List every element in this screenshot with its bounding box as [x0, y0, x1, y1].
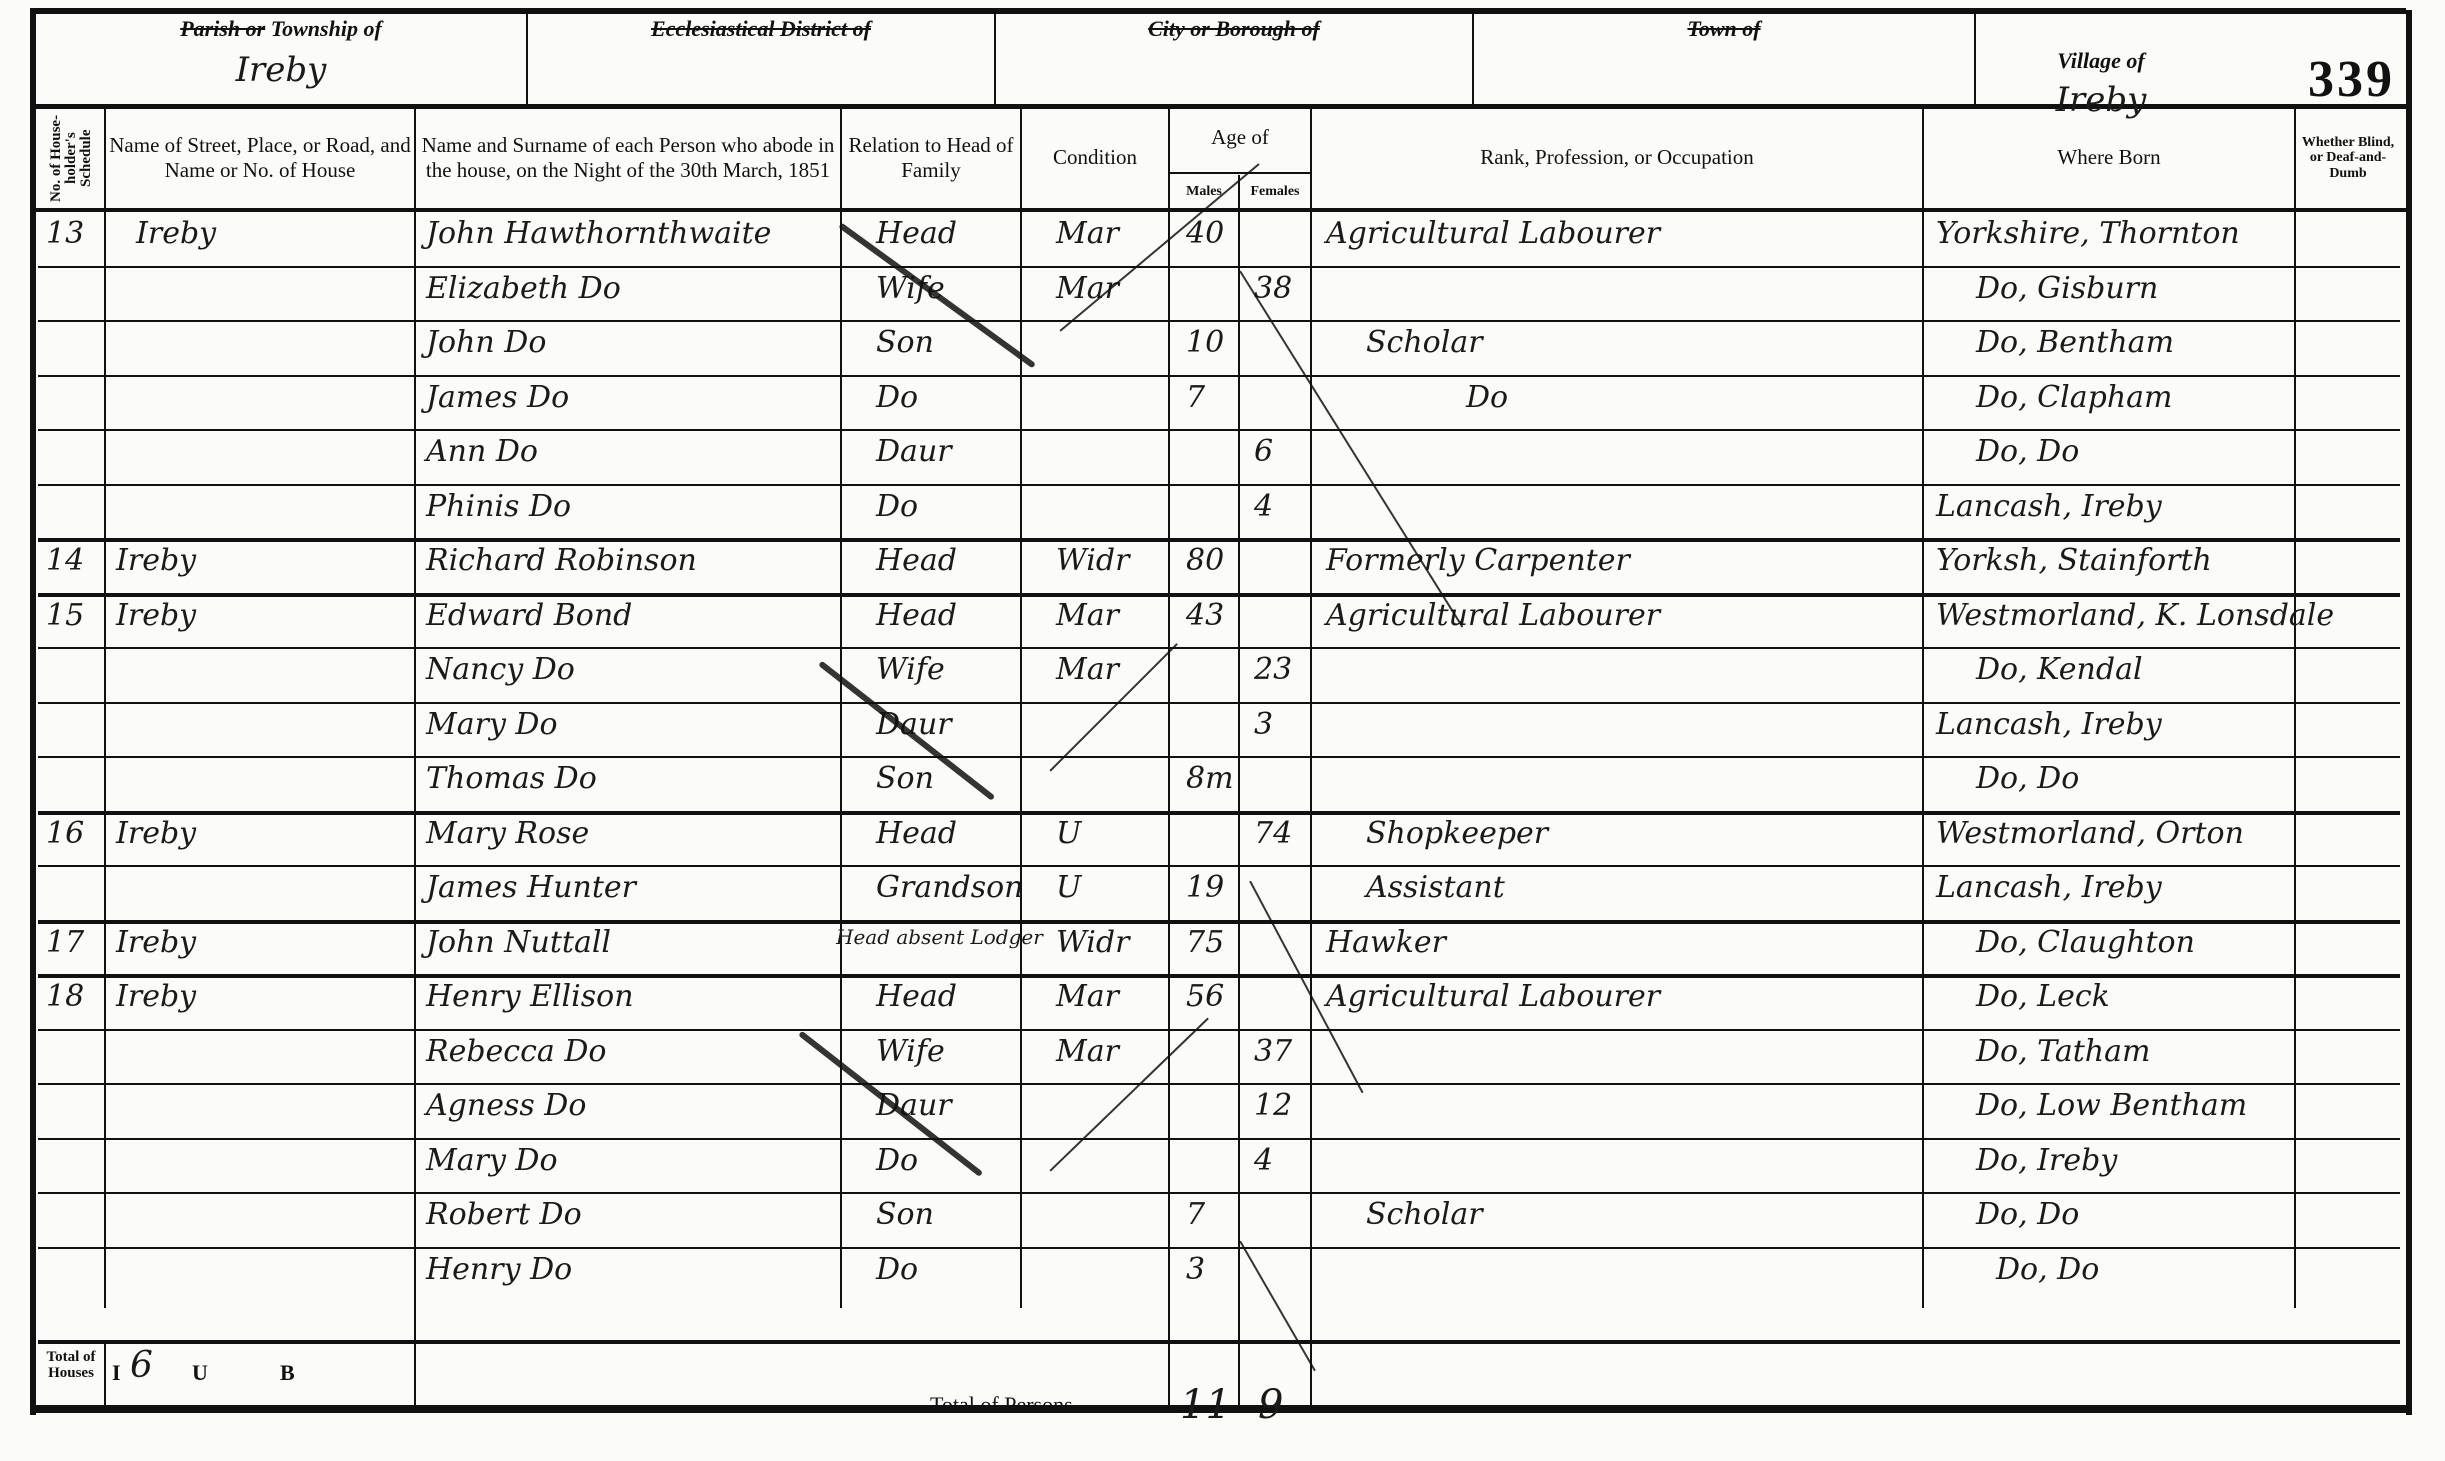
- where-born: Do, Tatham: [1976, 1034, 2150, 1069]
- person-name: Thomas Do: [426, 761, 597, 796]
- where-born: Do, Claughton: [1976, 925, 2195, 960]
- col-name: Name and Surname of each Person who abod…: [416, 108, 840, 208]
- table-row: 16IrebyMary RoseHeadU74ShopkeeperWestmor…: [36, 812, 2400, 867]
- relation: Head: [876, 598, 957, 633]
- street: Ireby: [116, 543, 196, 578]
- person-name: Ann Do: [426, 434, 538, 469]
- relation: Head absent Lodger: [836, 925, 1043, 949]
- row-rule: [38, 320, 2400, 322]
- census-page: Parish or Township of Ireby Ecclesiastic…: [0, 0, 2445, 1461]
- table-row: James HunterGrandsonU19AssistantLancash,…: [36, 866, 2400, 921]
- table-row: 15IrebyEdward BondHeadMar43Agricultural …: [36, 594, 2400, 649]
- city-cell: City or Borough of: [996, 10, 1472, 105]
- ecclesiastical-cell: Ecclesiastical District of: [528, 10, 994, 105]
- occupation: Do: [1466, 380, 1508, 415]
- male-age: 56: [1186, 979, 1224, 1014]
- person-name: Richard Robinson: [426, 543, 697, 578]
- where-born: Do, Bentham: [1976, 325, 2174, 360]
- uninhabited-label: U: [192, 1360, 208, 1386]
- schedule-no: 16: [46, 816, 84, 851]
- female-age: 6: [1254, 434, 1273, 469]
- where-born: Do, Low Bentham: [1976, 1088, 2247, 1123]
- occupation: Agricultural Labourer: [1326, 216, 1660, 251]
- inhabited-label: I: [112, 1360, 121, 1386]
- table-row: Elizabeth DoWifeMar38Do, Gisburn: [36, 267, 2400, 322]
- relation: Head: [876, 979, 957, 1014]
- where-born: Lancash, Ireby: [1936, 870, 2162, 905]
- schedule-no: 17: [46, 925, 84, 960]
- person-name: Mary Rose: [426, 816, 589, 851]
- table-row: John DoSon10ScholarDo, Bentham: [36, 321, 2400, 376]
- where-born: Do, Gisburn: [1976, 271, 2158, 306]
- row-rule: [38, 266, 2400, 268]
- where-born: Do, Ireby: [1976, 1143, 2117, 1178]
- relation: Grandson: [876, 870, 1024, 905]
- male-age: 19: [1186, 870, 1224, 905]
- row-rule: [38, 647, 2400, 649]
- total-persons-label: Total of Persons...: [930, 1392, 1089, 1418]
- table-row: Mary DoDo4Do, Ireby: [36, 1139, 2400, 1194]
- male-age: 75: [1186, 925, 1224, 960]
- where-born: Lancash, Ireby: [1936, 707, 2162, 742]
- table-row: 17IrebyJohn NuttallHead absent LodgerWid…: [36, 921, 2400, 976]
- schedule-no: 15: [46, 598, 84, 633]
- occupation: Formerly Carpenter: [1326, 543, 1630, 578]
- col-females: Females: [1240, 178, 1310, 206]
- relation: Wife: [876, 652, 945, 687]
- relation: Do: [876, 1143, 918, 1178]
- parish-label: Parish or Township of: [36, 16, 526, 42]
- row-rule: [38, 484, 2400, 486]
- row-rule: [38, 429, 2400, 431]
- person-name: Mary Do: [426, 1143, 558, 1178]
- building-label: B: [280, 1360, 295, 1386]
- person-name: Mary Do: [426, 707, 558, 742]
- table-row: 14IrebyRichard RobinsonHeadWidr80Formerl…: [36, 539, 2400, 594]
- where-born: Yorksh, Stainforth: [1936, 543, 2212, 578]
- schedule-no: 14: [46, 543, 84, 578]
- person-name: John Do: [426, 325, 546, 360]
- where-born: Do, Do: [1976, 434, 2079, 469]
- footer-divider: [104, 1342, 106, 1406]
- occupation: Agricultural Labourer: [1326, 598, 1660, 633]
- person-name: Edward Bond: [426, 598, 632, 633]
- occupation: Assistant: [1366, 870, 1505, 905]
- where-born: Do, Do: [1976, 1197, 2079, 1232]
- household-rule: [38, 593, 2400, 597]
- relation: Do: [876, 380, 918, 415]
- person-name: Agness Do: [426, 1088, 586, 1123]
- parish-cell: Parish or Township of Ireby: [36, 10, 526, 105]
- row-rule: [38, 375, 2400, 377]
- row-rule: [38, 865, 2400, 867]
- male-age: 7: [1186, 1197, 1205, 1232]
- table-row: Phinis DoDo4Lancash, Ireby: [36, 485, 2400, 540]
- person-name: Rebecca Do: [426, 1034, 606, 1069]
- condition: Mar: [1056, 598, 1119, 633]
- where-born: Westmorland, Orton: [1936, 816, 2244, 851]
- male-age: 8m: [1186, 761, 1234, 796]
- female-age: 12: [1254, 1088, 1292, 1123]
- row-rule: [38, 1083, 2400, 1085]
- condition: Widr: [1056, 925, 1129, 960]
- col-condition: Condition: [1022, 108, 1168, 208]
- table-row: Rebecca DoWifeMar37Do, Tatham: [36, 1030, 2400, 1085]
- condition: Mar: [1056, 1034, 1119, 1069]
- table-row: 13IrebyJohn HawthornthwaiteHeadMar40Agri…: [36, 212, 2400, 267]
- male-age: 7: [1186, 380, 1205, 415]
- col-relation: Relation to Head of Family: [842, 108, 1020, 208]
- relation: Son: [876, 325, 934, 360]
- person-name: James Hunter: [426, 870, 636, 905]
- condition: U: [1056, 870, 1081, 905]
- street: Ireby: [116, 979, 196, 1014]
- street: Ireby: [116, 816, 196, 851]
- age-subdivider: [1168, 172, 1310, 174]
- parish-value: Ireby: [36, 50, 526, 90]
- household-rule: [38, 920, 2400, 924]
- folio-number: 339: [2308, 50, 2395, 109]
- person-name: John Nuttall: [426, 925, 611, 960]
- col-males: Males: [1170, 178, 1238, 206]
- male-age: 10: [1186, 325, 1224, 360]
- relation: Wife: [876, 1034, 945, 1069]
- household-rule: [38, 974, 2400, 978]
- where-born: Westmorland, K. Lonsdale: [1936, 598, 2334, 633]
- female-age: 3: [1254, 707, 1273, 742]
- row-rule: [38, 702, 2400, 704]
- condition: Mar: [1056, 652, 1119, 687]
- male-age: 43: [1186, 598, 1224, 633]
- female-age: 4: [1254, 1143, 1273, 1178]
- table-row: Ann DoDaur6Do, Do: [36, 430, 2400, 485]
- occupation: Agricultural Labourer: [1326, 979, 1660, 1014]
- street: Ireby: [116, 598, 196, 633]
- col-schedule: No. of House-holder's Schedule: [38, 108, 104, 208]
- table-row: Robert DoSon7ScholarDo, Do: [36, 1193, 2400, 1248]
- table-row: Henry DoDo3Do, Do: [36, 1248, 2400, 1303]
- table-row: Agness DoDaur12Do, Low Bentham: [36, 1084, 2400, 1139]
- footer-rule: [38, 1340, 2400, 1344]
- total-females: 9: [1258, 1382, 1283, 1428]
- town-cell: Town of: [1474, 10, 1974, 105]
- col-street: Name of Street, Place, or Road, and Name…: [106, 108, 414, 208]
- relation: Head: [876, 543, 957, 578]
- person-name: James Do: [426, 380, 569, 415]
- relation: Do: [876, 1252, 918, 1287]
- condition: Mar: [1056, 216, 1119, 251]
- row-rule: [38, 1138, 2400, 1140]
- col-where-born: Where Born: [1924, 108, 2294, 208]
- row-rule: [38, 1192, 2400, 1194]
- col-age-of: Age of: [1170, 108, 1310, 168]
- relation: Head: [876, 816, 957, 851]
- where-born: Do, Do: [1976, 761, 2079, 796]
- person-name: Henry Do: [426, 1252, 572, 1287]
- occupation: Scholar: [1366, 325, 1483, 360]
- table-row: James DoDo7DoDo, Clapham: [36, 376, 2400, 431]
- where-born: Yorkshire, Thornton: [1936, 216, 2240, 251]
- col-schedule-label: No. of House-holder's Schedule: [49, 108, 94, 208]
- parish-struck: Parish or: [180, 16, 265, 41]
- male-age: 80: [1186, 543, 1224, 578]
- where-born: Do, Clapham: [1976, 380, 2172, 415]
- female-age: 23: [1254, 652, 1292, 687]
- relation: Son: [876, 761, 934, 796]
- household-rule: [38, 811, 2400, 815]
- table-row: Mary DoDaur3Lancash, Ireby: [36, 703, 2400, 758]
- row-rule: [38, 1247, 2400, 1249]
- row-rule: [38, 756, 2400, 758]
- occupation: Scholar: [1366, 1197, 1483, 1232]
- where-born: Do, Kendal: [1976, 652, 2143, 687]
- table-row: Thomas DoSon8mDo, Do: [36, 757, 2400, 812]
- town-label: Town of: [1474, 16, 1974, 42]
- person-name: Henry Ellison: [426, 979, 634, 1014]
- relation: Son: [876, 1197, 934, 1232]
- city-label: City or Borough of: [996, 16, 1472, 42]
- table-row: 18IrebyHenry EllisonHeadMar56Agricultura…: [36, 975, 2400, 1030]
- township-label: Township of: [271, 16, 382, 41]
- total-males: 11: [1180, 1382, 1231, 1428]
- table-row: Nancy DoWifeMar23Do, Kendal: [36, 648, 2400, 703]
- male-age: 3: [1186, 1252, 1205, 1287]
- person-name: Phinis Do: [426, 489, 571, 524]
- where-born: Lancash, Ireby: [1936, 489, 2162, 524]
- where-born: Do, Leck: [1976, 979, 2110, 1014]
- person-name: Nancy Do: [426, 652, 575, 687]
- total-houses-label: Total of Houses: [40, 1350, 102, 1382]
- person-name: Robert Do: [426, 1197, 582, 1232]
- ecclesiastical-label: Ecclesiastical District of: [528, 16, 994, 42]
- female-age: 37: [1254, 1034, 1292, 1069]
- schedule-no: 18: [46, 979, 84, 1014]
- row-rule: [38, 1029, 2400, 1031]
- occupation: Shopkeeper: [1366, 816, 1548, 851]
- condition: U: [1056, 816, 1081, 851]
- relation: Daur: [876, 434, 952, 469]
- person-name: John Hawthornthwaite: [426, 216, 771, 251]
- relation: Do: [876, 489, 918, 524]
- condition: Widr: [1056, 543, 1129, 578]
- street: Ireby: [136, 216, 216, 251]
- relation: Head: [876, 216, 957, 251]
- street: Ireby: [116, 925, 196, 960]
- female-age: 74: [1254, 816, 1292, 851]
- female-age: 4: [1254, 489, 1273, 524]
- village-label: Village of: [1976, 48, 2226, 74]
- inhabited-value: 6: [130, 1345, 153, 1386]
- where-born: Do, Do: [1996, 1252, 2099, 1287]
- household-rule: [38, 538, 2400, 542]
- person-name: Elizabeth Do: [426, 271, 621, 306]
- occupation: Hawker: [1326, 925, 1446, 960]
- condition: Mar: [1056, 979, 1119, 1014]
- schedule-no: 13: [46, 216, 84, 251]
- col-blind: Whether Blind, or Deaf-and-Dumb: [2296, 108, 2400, 208]
- col-occupation: Rank, Profession, or Occupation: [1312, 108, 1922, 208]
